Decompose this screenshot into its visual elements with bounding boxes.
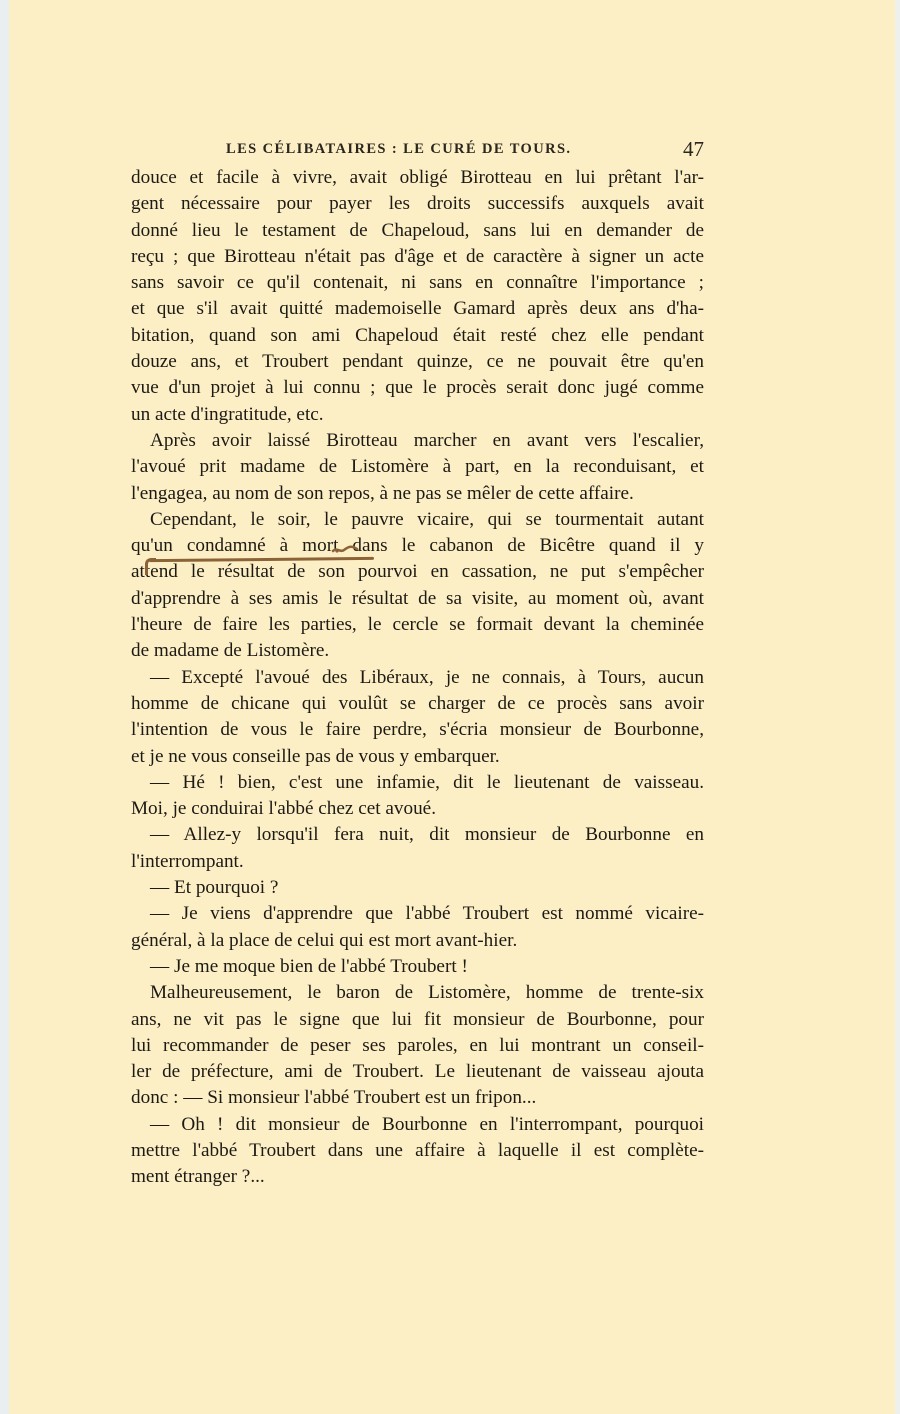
text-line: — Allez-y lorsqu'il fera nuit, dit monsi… [131, 822, 704, 848]
text-line: de madame de Listomère. [131, 638, 704, 664]
paragraph: — Je me moque bien de l'abbé Troubert ! [131, 954, 704, 980]
text-line: et que s'il avait quitté mademoiselle Ga… [131, 296, 704, 322]
text-line: attend le résultat de son pourvoi en cas… [131, 559, 704, 585]
scan-border-left [0, 0, 9, 1414]
text-line: qu'un condamné à mort dans le cabanon de… [131, 533, 704, 559]
text-line: reçu ; que Birotteau n'était pas d'âge e… [131, 244, 704, 270]
text-line: général, à la place de celui qui est mor… [131, 928, 704, 954]
text-line: mettre l'abbé Troubert dans une affaire … [131, 1138, 704, 1164]
text-line: — Excepté l'avoué des Libéraux, je ne co… [131, 665, 704, 691]
text-line: — Et pourquoi ? [131, 875, 704, 901]
paragraph: — Je viens d'apprendre que l'abbé Troube… [131, 901, 704, 954]
text-line: et je ne vous conseille pas de vous y em… [131, 744, 704, 770]
paragraph: — Excepté l'avoué des Libéraux, je ne co… [131, 665, 704, 770]
text-line: l'avoué prit madame de Listomère à part,… [131, 454, 704, 480]
body-text: douce et facile à vivre, avait obligé Bi… [131, 165, 704, 1191]
paragraph: Cependant, le soir, le pauvre vicaire, q… [131, 507, 704, 665]
paragraph: douce et facile à vivre, avait obligé Bi… [131, 165, 704, 428]
text-line: l'engagea, au nom de son repos, à ne pas… [131, 481, 704, 507]
paragraph: — Oh ! dit monsieur de Bourbonne en l'in… [131, 1112, 704, 1191]
text-line: — Je me moque bien de l'abbé Troubert ! [131, 954, 704, 980]
scan-border-right [895, 0, 900, 1414]
text-line: — Hé ! bien, c'est une infamie, dit le l… [131, 770, 704, 796]
paragraph: Malheureusement, le baron de Listomère, … [131, 980, 704, 1111]
running-head-title: Les Célibataires : Le Curé de Tours. [226, 141, 571, 158]
paragraph: — Hé ! bien, c'est une infamie, dit le l… [131, 770, 704, 823]
paragraph: — Et pourquoi ? [131, 875, 704, 901]
text-line: ler de préfecture, ami de Troubert. Le l… [131, 1059, 704, 1085]
text-line: lui recommander de peser ses paroles, en… [131, 1033, 704, 1059]
page-number: 47 [683, 137, 704, 162]
text-line: Cependant, le soir, le pauvre vicaire, q… [131, 507, 704, 533]
text-line: — Je viens d'apprendre que l'abbé Troube… [131, 901, 704, 927]
text-line: ment étranger ?... [131, 1164, 704, 1190]
text-line: l'interrompant. [131, 849, 704, 875]
text-line: bitation, quand son ami Chapeloud était … [131, 323, 704, 349]
paragraph: Après avoir laissé Birotteau marcher en … [131, 428, 704, 507]
text-line: homme de chicane qui voulût se charger d… [131, 691, 704, 717]
page-content: Les Célibataires : Le Curé de Tours. 47 … [131, 135, 704, 1191]
handwritten-annotation-squiggle [331, 543, 359, 555]
text-line: vue d'un projet à lui connu ; que le pro… [131, 375, 704, 401]
text-line: douce et facile à vivre, avait obligé Bi… [131, 165, 704, 191]
text-line: douze ans, et Troubert pendant quinze, c… [131, 349, 704, 375]
text-line: d'apprendre à ses amis le résultat de sa… [131, 586, 704, 612]
text-line: donné lieu le testament de Chapeloud, sa… [131, 218, 704, 244]
text-line: sans savoir ce qu'il contenait, ni sans … [131, 270, 704, 296]
text-line: Malheureusement, le baron de Listomère, … [131, 980, 704, 1006]
text-line: — Oh ! dit monsieur de Bourbonne en l'in… [131, 1112, 704, 1138]
text-line: l'heure de faire les parties, le cercle … [131, 612, 704, 638]
text-line: Après avoir laissé Birotteau marcher en … [131, 428, 704, 454]
running-head: Les Célibataires : Le Curé de Tours. 47 [131, 135, 704, 165]
text-line: un acte d'ingratitude, etc. [131, 402, 704, 428]
paragraph: — Allez-y lorsqu'il fera nuit, dit monsi… [131, 822, 704, 875]
text-line: ans, ne vit pas le signe que lui fit mon… [131, 1007, 704, 1033]
text-line: donc : — Si monsieur l'abbé Troubert est… [131, 1085, 704, 1111]
text-line: l'intention de vous le faire perdre, s'é… [131, 717, 704, 743]
text-line: Moi, je conduirai l'abbé chez cet avoué. [131, 796, 704, 822]
scanned-page: Les Célibataires : Le Curé de Tours. 47 … [0, 0, 900, 1414]
text-line: gent nécessaire pour payer les droits su… [131, 191, 704, 217]
